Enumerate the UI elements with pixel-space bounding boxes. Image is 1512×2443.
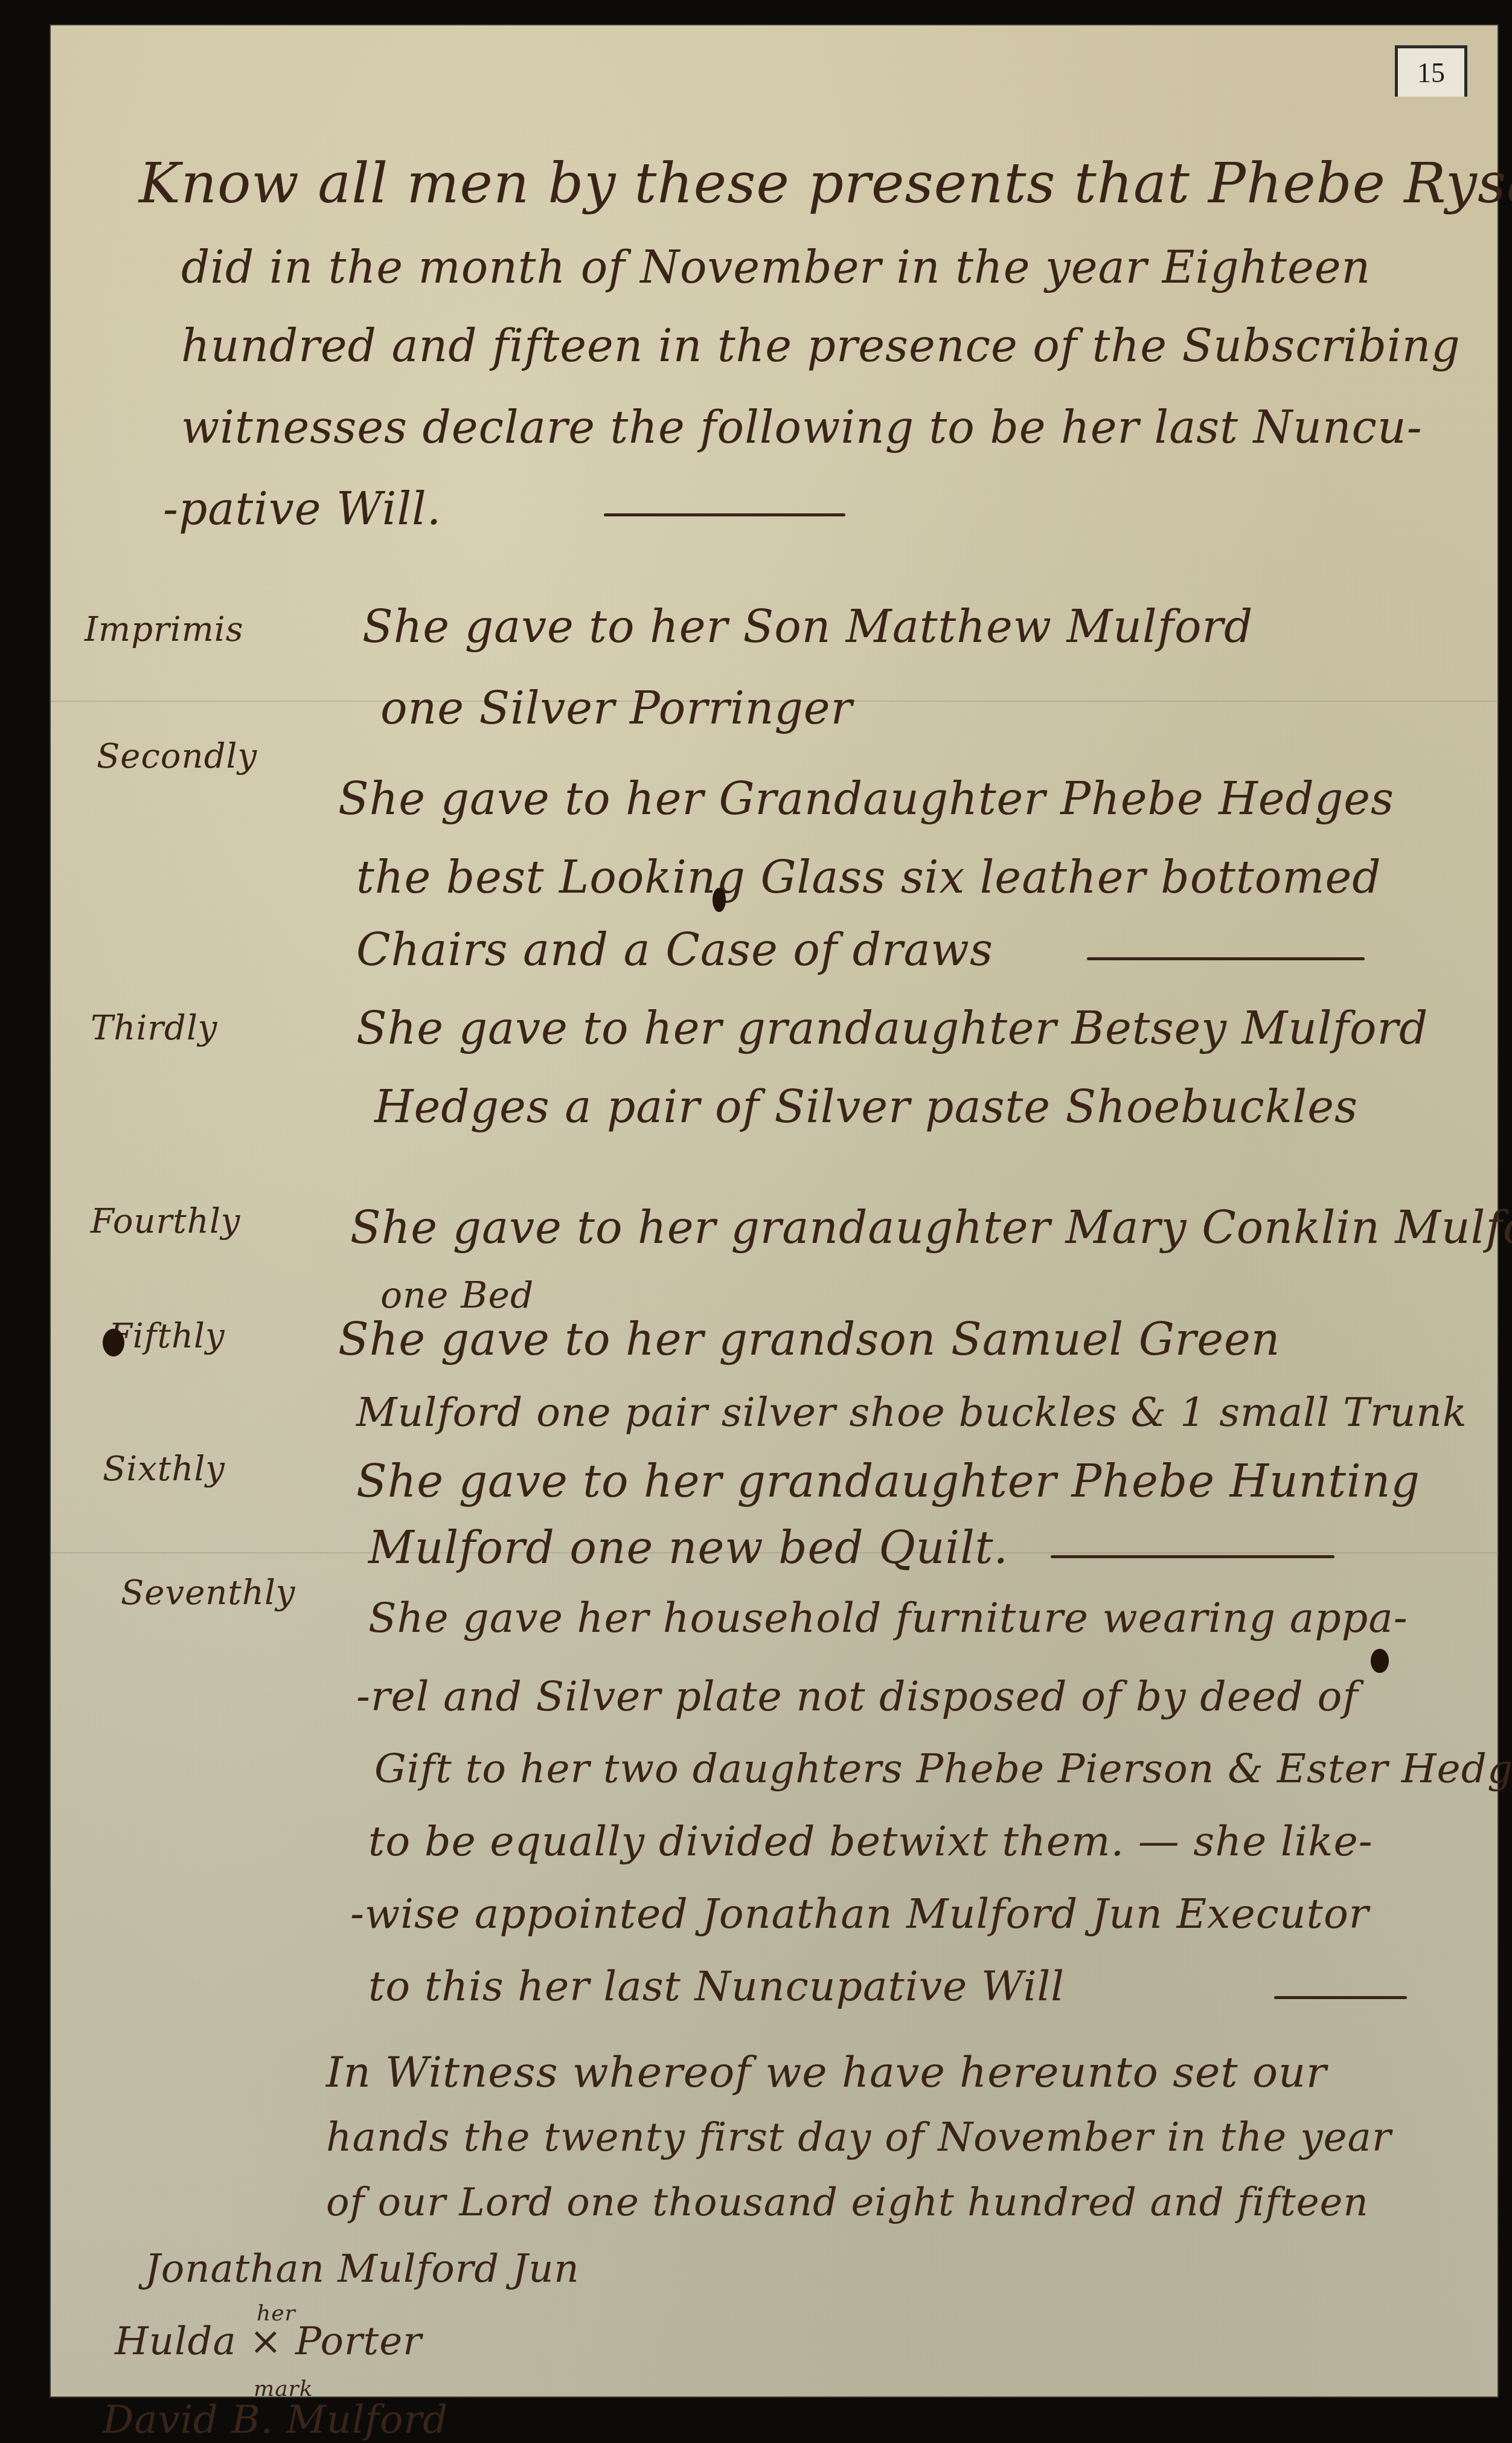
item-5-line-2: Mulford one pair silver shoe buckles & 1… [356, 1389, 1467, 1436]
item-label-fourthly: Fourthly [91, 1202, 240, 1241]
item-label-sixthly: Sixthly [103, 1449, 225, 1489]
item-label-fifthly: Fifthly [109, 1317, 225, 1356]
item-7-line-1: She gave her household furniture wearing… [368, 1594, 1408, 1642]
preamble-line-1: Know all men by these presents that Pheb… [139, 151, 1512, 216]
preamble-line-4: witnesses declare the following to be he… [181, 402, 1423, 454]
attestation-line-2: hands the twenty first day of November i… [326, 2114, 1392, 2160]
signature-david-mulford: David B. Mulford [103, 2398, 448, 2442]
preamble-line-3: hundred and fifteen in the presence of t… [181, 320, 1461, 372]
line-flourish [1087, 957, 1365, 960]
item-7-line-5: -wise appointed Jonathan Mulford Jun Exe… [350, 1890, 1369, 1938]
item-label-thirdly: Thirdly [91, 1009, 218, 1048]
item-1-line-1: She gave to her Son Matthew Mulford [362, 601, 1253, 653]
ink-blot [103, 1329, 124, 1356]
page-number-label: 15 [1395, 45, 1467, 97]
item-label-secondly: Secondly [97, 737, 257, 776]
item-2-line-1: She gave to her Grandaughter Phebe Hedge… [338, 773, 1394, 825]
item-7-line-6: to this her last Nuncupative Will [368, 1963, 1065, 2011]
line-flourish [1274, 1996, 1407, 1999]
item-7-line-4: to be equally divided betwixt them. — sh… [368, 1818, 1373, 1866]
attestation-line-1: In Witness whereof we have hereunto set … [326, 2047, 1327, 2097]
attestation-line-3: of our Lord one thousand eight hundred a… [326, 2180, 1369, 2225]
ink-blot [1371, 1649, 1389, 1673]
line-flourish [1051, 1555, 1334, 1558]
item-7-line-3: Gift to her two daughters Phebe Pierson … [374, 1745, 1512, 1792]
item-2-line-2: the best Looking Glass six leather botto… [356, 852, 1382, 904]
item-1-line-2: one Silver Porringer [380, 682, 853, 734]
item-2-line-3: Chairs and a Case of draws [356, 924, 993, 976]
signature-hulda-porter: Hulda × Porter [115, 2319, 422, 2364]
item-4-line-2: one Bed [380, 1274, 534, 1317]
line-flourish [604, 513, 845, 516]
item-6-line-2: Mulford one new bed Quilt. [368, 1522, 1008, 1574]
item-label-seventhly: Seventhly [121, 1573, 295, 1613]
item-4-line-1: She gave to her grandaughter Mary Conkli… [350, 1202, 1512, 1254]
item-3-line-1: She gave to her grandaughter Betsey Mulf… [356, 1003, 1428, 1055]
item-6-line-1: She gave to her grandaughter Phebe Hunti… [356, 1456, 1420, 1507]
preamble-line-5: -pative Will. [163, 483, 441, 535]
preamble-line-2: did in the month of November in the year… [181, 242, 1371, 294]
ink-blot [713, 888, 726, 912]
item-label-imprimis: Imprimis [85, 610, 244, 649]
item-5-line-1: She gave to her grandson Samuel Green [338, 1314, 1280, 1366]
item-3-line-2: Hedges a pair of Silver paste Shoebuckle… [374, 1081, 1358, 1133]
item-7-line-2: -rel and Silver plate not disposed of by… [356, 1673, 1359, 1721]
signature-jonathan-mulford: Jonathan Mulford Jun [145, 2247, 580, 2291]
